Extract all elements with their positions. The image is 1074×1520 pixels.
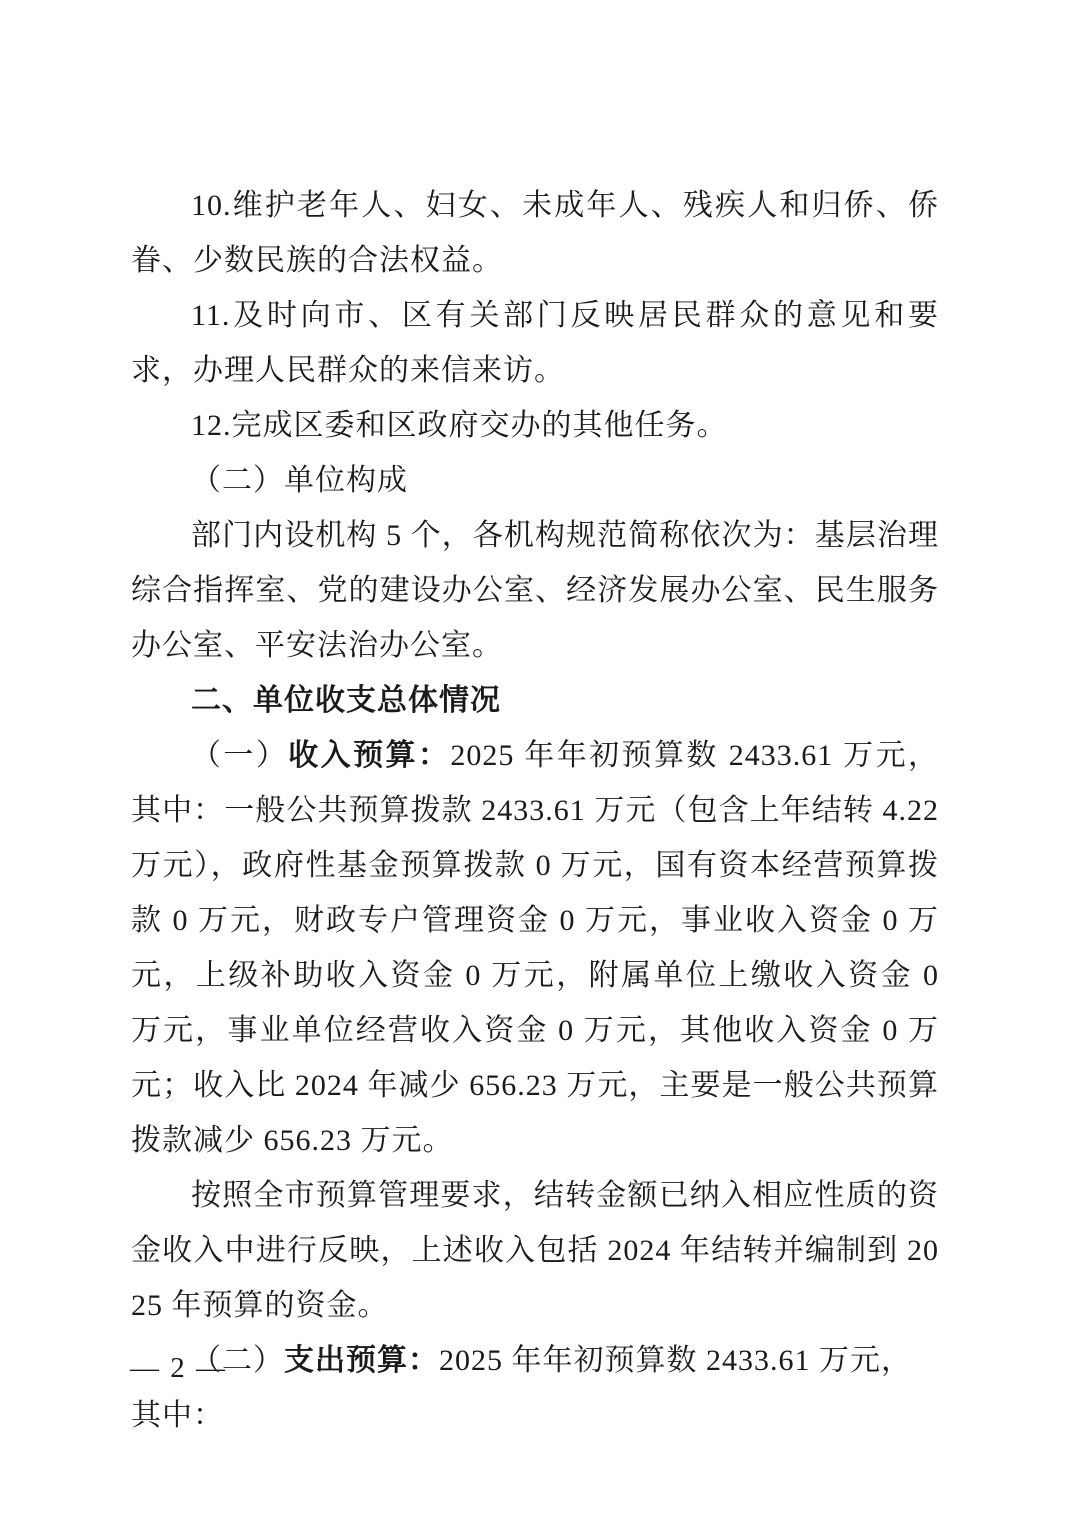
income-budget-label: 收入预算： xyxy=(288,739,450,772)
paragraph-item-11: 11.及时向市、区有关部门反映居民群众的意见和要求，办理人民群众的来信来访。 xyxy=(131,288,939,398)
paragraph-internal-orgs: 部门内设机构 5 个，各机构规范简称依次为：基层治理综合指挥室、党的建设办公室、… xyxy=(131,508,939,673)
subheading-unit-composition: （二）单位构成 xyxy=(131,453,939,508)
section-heading-income-expense-overview: 二、单位收支总体情况 xyxy=(131,673,939,728)
paragraph-item-12: 12.完成区委和区政府交办的其他任务。 xyxy=(131,398,939,453)
expense-budget-label: 支出预算： xyxy=(284,1344,439,1377)
income-budget-paren: （一） xyxy=(191,739,288,772)
paragraph-item-10: 10.维护老年人、妇女、未成年人、残疾人和归侨、侨眷、少数民族的合法权益。 xyxy=(131,178,939,288)
paragraph-carryover-note: 按照全市预算管理要求，结转金额已纳入相应性质的资金收入中进行反映，上述收入包括 … xyxy=(131,1168,939,1333)
document-page: 10.维护老年人、妇女、未成年人、残疾人和归侨、侨眷、少数民族的合法权益。 11… xyxy=(0,0,1074,1520)
income-budget-text: 2025 年年初预算数 2433.61 万元，其中：一般公共预算拨款 2433.… xyxy=(131,739,939,1157)
document-body: 10.维护老年人、妇女、未成年人、残疾人和归侨、侨眷、少数民族的合法权益。 11… xyxy=(131,178,939,1443)
paragraph-income-budget: （一）收入预算：2025 年年初预算数 2433.61 万元，其中：一般公共预算… xyxy=(131,728,939,1168)
paragraph-expense-budget: （二）支出预算：2025 年年初预算数 2433.61 万元，其中： xyxy=(131,1333,939,1443)
page-number: — 2 — xyxy=(130,1352,227,1385)
